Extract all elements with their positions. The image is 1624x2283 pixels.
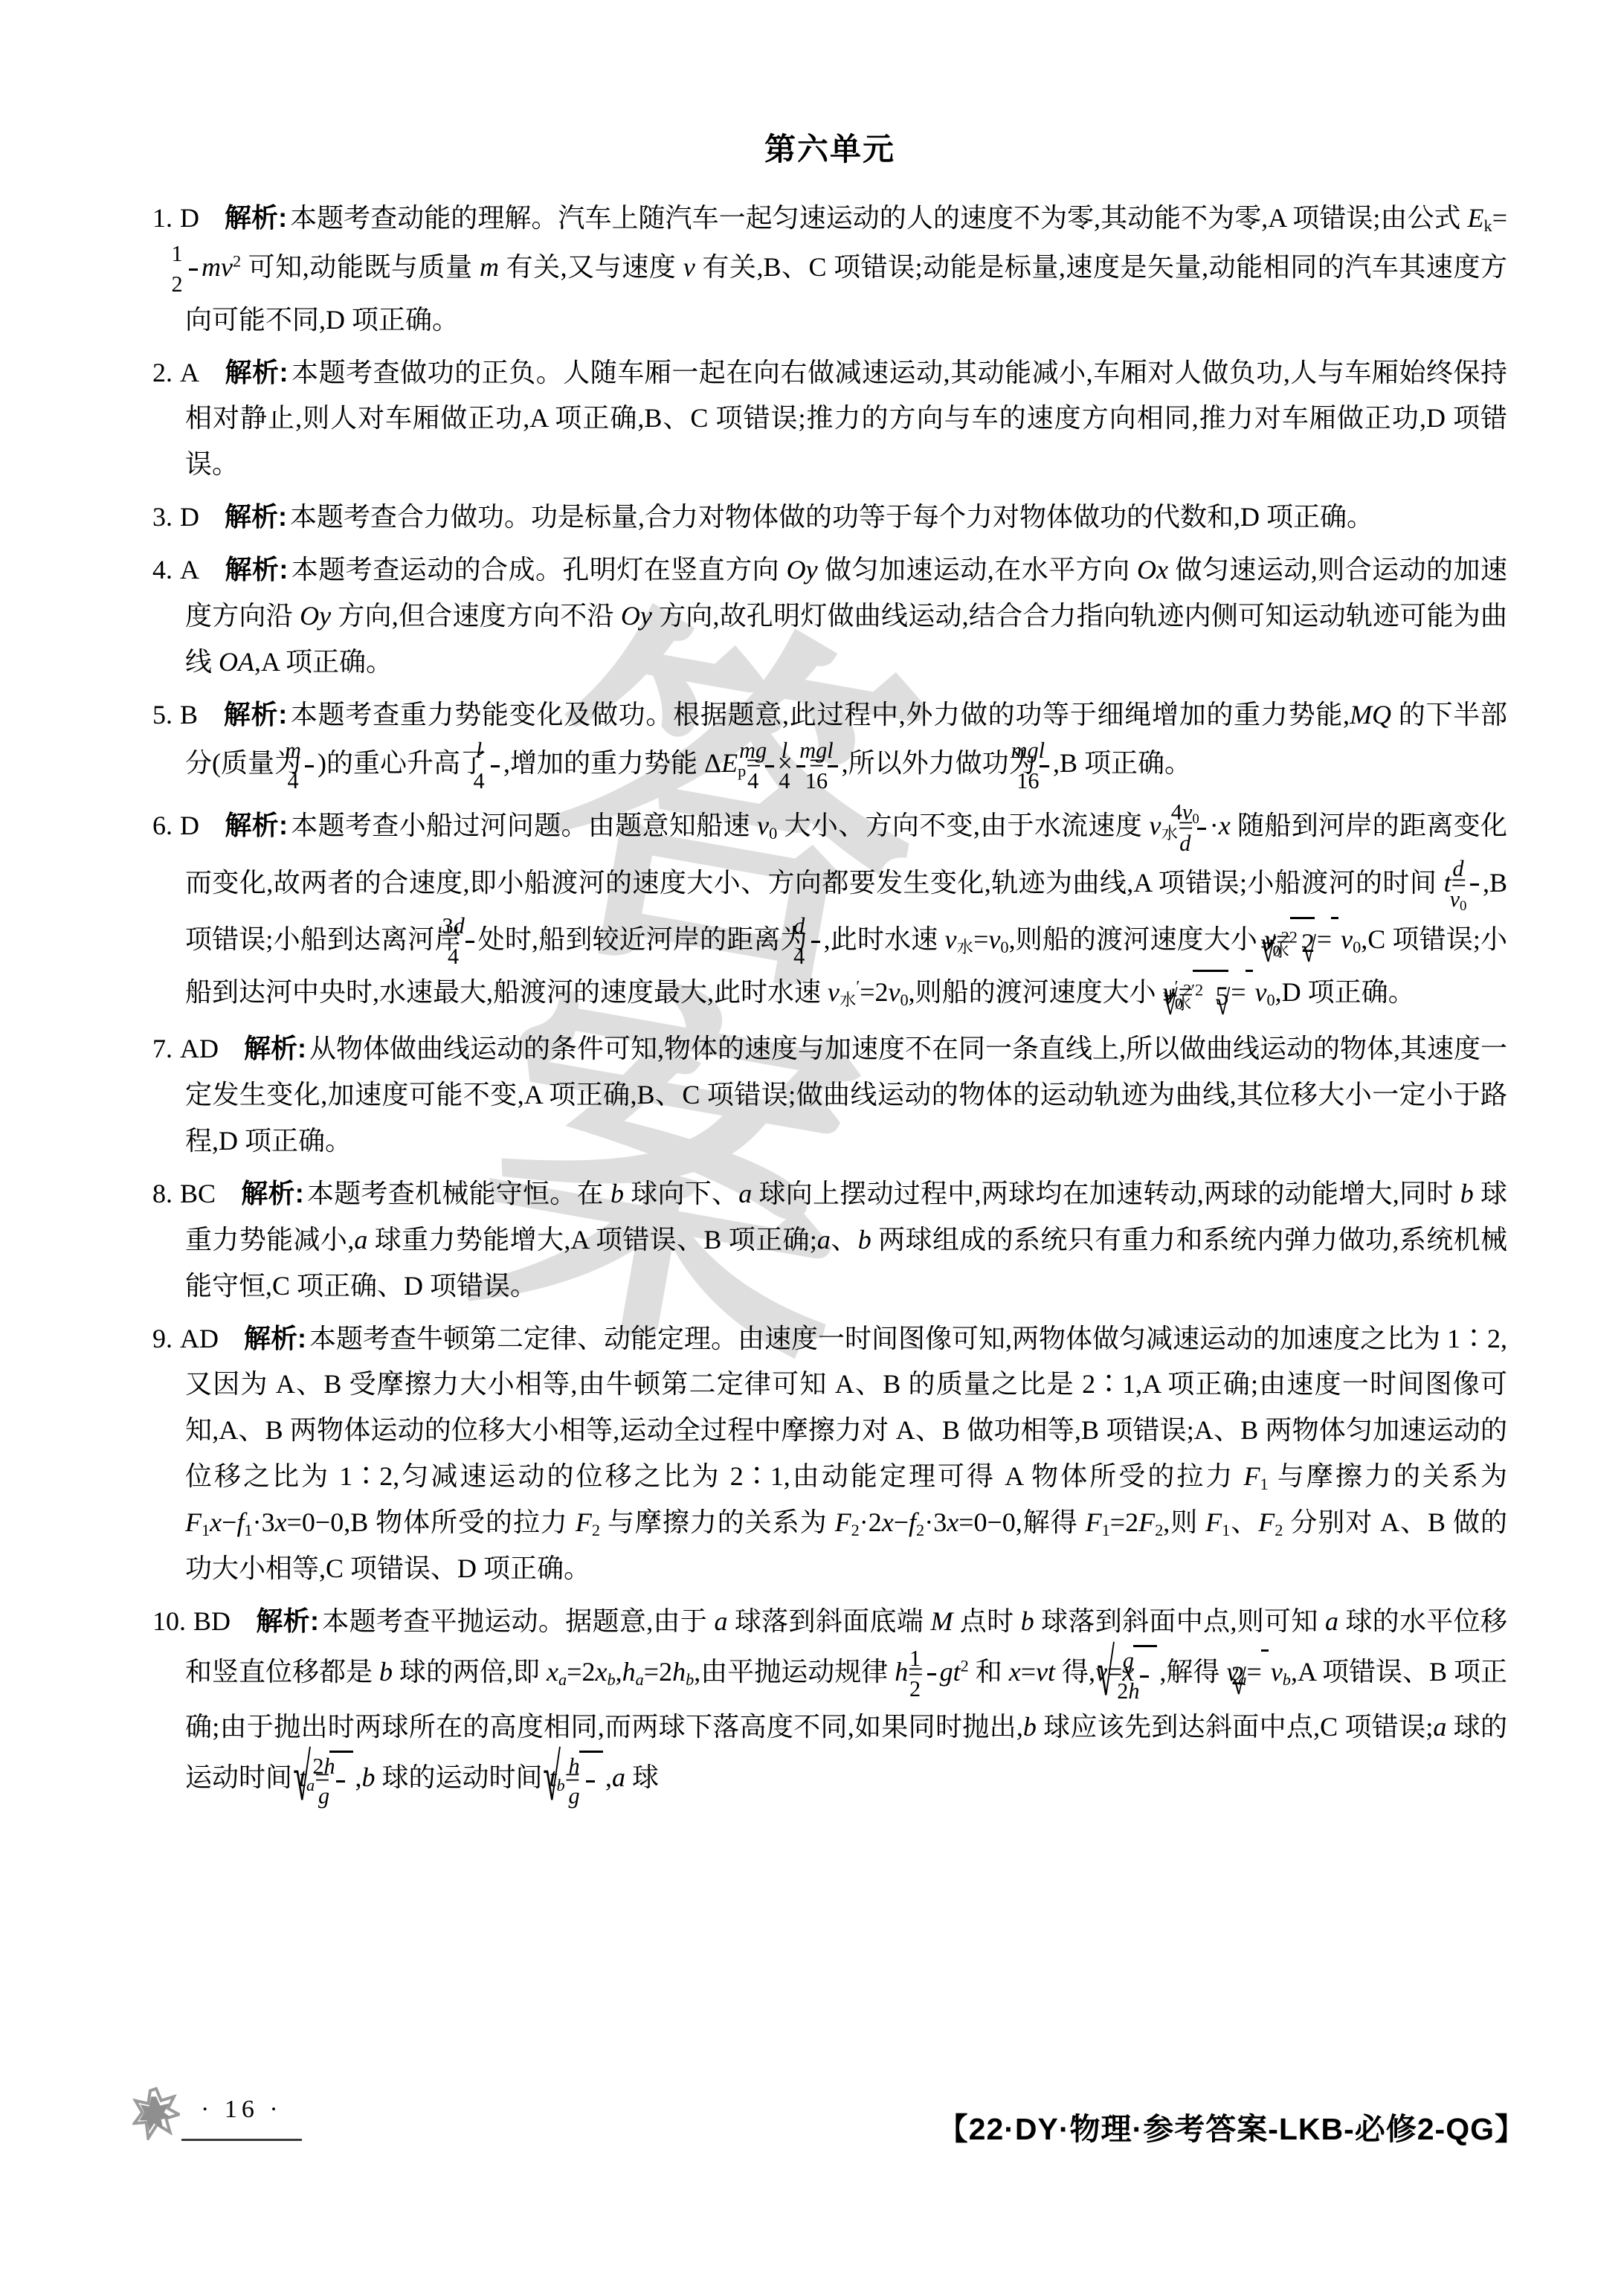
item-answer: A bbox=[180, 358, 199, 387]
page-number: · 16 · bbox=[181, 2087, 302, 2141]
item-answer: AD bbox=[180, 1324, 219, 1353]
analysis-label: 解析: bbox=[225, 357, 289, 387]
item-explanation: 本题考查动能的理解。汽车上随汽车一起匀速运动的人的速度不为零,其动能不为零,A … bbox=[185, 203, 1507, 335]
item-explanation: 本题考查机械能守恒。在 b 球向下、a 球向上摆动过程中,两球均在加速转动,两球… bbox=[185, 1179, 1507, 1301]
answer-list: 1.D解析:本题考查动能的理解。汽车上随汽车一起匀速运动的人的速度不为零,其动能… bbox=[152, 195, 1507, 1809]
footer-banner: 【22·DY·物理·参考答案-LKB-必修2-QG】 bbox=[938, 2105, 1526, 2148]
item-answer: D bbox=[180, 502, 199, 532]
item-answer: D bbox=[180, 811, 199, 840]
analysis-label: 解析: bbox=[256, 1606, 319, 1636]
item-number: 8. bbox=[152, 1179, 173, 1208]
answer-item: 1.D解析:本题考查动能的理解。汽车上随汽车一起匀速运动的人的速度不为零,其动能… bbox=[152, 195, 1507, 344]
item-answer: B bbox=[180, 700, 198, 730]
item-explanation: 本题考查牛顿第二定律、动能定理。由速度一时间图像可知,两物体做匀减速运动的加速度… bbox=[185, 1324, 1507, 1584]
answer-item: 8.BC解析:本题考查机械能守恒。在 b 球向下、a 球向上摆动过程中,两球均在… bbox=[152, 1171, 1507, 1310]
page-title: 第六单元 bbox=[152, 125, 1507, 170]
page-content: 第六单元 1.D解析:本题考查动能的理解。汽车上随汽车一起匀速运动的人的速度不为… bbox=[152, 125, 1507, 1815]
item-explanation: 从物体做曲线运动的条件可知,物体的速度与加速度不在同一条直线上,所以做曲线运动的… bbox=[185, 1034, 1507, 1156]
burst-star-icon bbox=[132, 2087, 180, 2140]
item-number: 10. bbox=[152, 1606, 186, 1636]
analysis-label: 解析: bbox=[244, 1033, 306, 1063]
item-explanation: 本题考查合力做功。功是标量,合力对物体做的功等于每个力对物体做功的代数和,D 项… bbox=[290, 502, 1373, 532]
answer-item: 7.AD解析:从物体做曲线运动的条件可知,物体的速度与加速度不在同一条直线上,所… bbox=[152, 1025, 1507, 1165]
answer-item: 10.BD解析:本题考查平抛运动。据题意,由于 a 球落到斜面底端 M 点时 b… bbox=[152, 1598, 1507, 1809]
analysis-label: 解析: bbox=[241, 1178, 304, 1208]
item-explanation: 本题考查重力势能变化及做功。根据题意,此过程中,外力做的功等于细绳增加的重力势能… bbox=[185, 700, 1507, 779]
answer-item: 4.A解析:本题考查运动的合成。孔明灯在竖直方向 Oy 做匀加速运动,在水平方向… bbox=[152, 547, 1507, 686]
analysis-label: 解析: bbox=[244, 1323, 306, 1353]
item-answer: A bbox=[180, 555, 199, 585]
item-explanation: 本题考查运动的合成。孔明灯在竖直方向 Oy 做匀加速运动,在水平方向 Ox 做匀… bbox=[185, 555, 1507, 677]
analysis-label: 解析: bbox=[225, 501, 287, 532]
item-explanation: 本题考查小船过河问题。由题意知船速 v0 大小、方向不变,由于水流速度 v水=4… bbox=[185, 811, 1507, 1007]
item-number: 2. bbox=[152, 358, 173, 387]
analysis-label: 解析: bbox=[225, 554, 288, 585]
item-number: 9. bbox=[152, 1324, 173, 1353]
answer-item: 9.AD解析:本题考查牛顿第二定律、动能定理。由速度一时间图像可知,两物体做匀减… bbox=[152, 1316, 1507, 1592]
item-explanation: 本题考查做功的正负。人随车厢一起在向右做减速运动,其动能减小,车厢对人做负功,人… bbox=[185, 358, 1507, 480]
item-number: 1. bbox=[152, 203, 173, 233]
answer-item: 6.D解析:本题考查小船过河问题。由题意知船速 v0 大小、方向不变,由于水流速… bbox=[152, 800, 1507, 1020]
answer-item: 2.A解析:本题考查做功的正负。人随车厢一起在向右做减速运动,其动能减小,车厢对… bbox=[152, 350, 1507, 489]
item-number: 4. bbox=[152, 555, 173, 585]
item-answer: BC bbox=[180, 1179, 216, 1208]
answer-item: 5.B解析:本题考查重力势能变化及做功。根据题意,此过程中,外力做的功等于细绳增… bbox=[152, 692, 1507, 794]
analysis-label: 解析: bbox=[225, 202, 287, 233]
item-number: 3. bbox=[152, 502, 173, 532]
answer-item: 3.D解析:本题考查合力做功。功是标量,合力对物体做的功等于每个力对物体做功的代… bbox=[152, 494, 1507, 541]
item-number: 6. bbox=[152, 811, 173, 840]
analysis-label: 解析: bbox=[225, 810, 288, 840]
footer-left: · 16 · bbox=[132, 2087, 302, 2141]
item-answer: AD bbox=[180, 1034, 219, 1063]
item-answer: D bbox=[180, 203, 199, 233]
item-answer: BD bbox=[193, 1606, 231, 1636]
item-number: 7. bbox=[152, 1034, 173, 1063]
item-explanation: 本题考查平抛运动。据题意,由于 a 球落到斜面底端 M 点时 b 球落到斜面中点… bbox=[185, 1606, 1507, 1792]
analysis-label: 解析: bbox=[223, 699, 287, 730]
item-number: 5. bbox=[152, 700, 173, 730]
